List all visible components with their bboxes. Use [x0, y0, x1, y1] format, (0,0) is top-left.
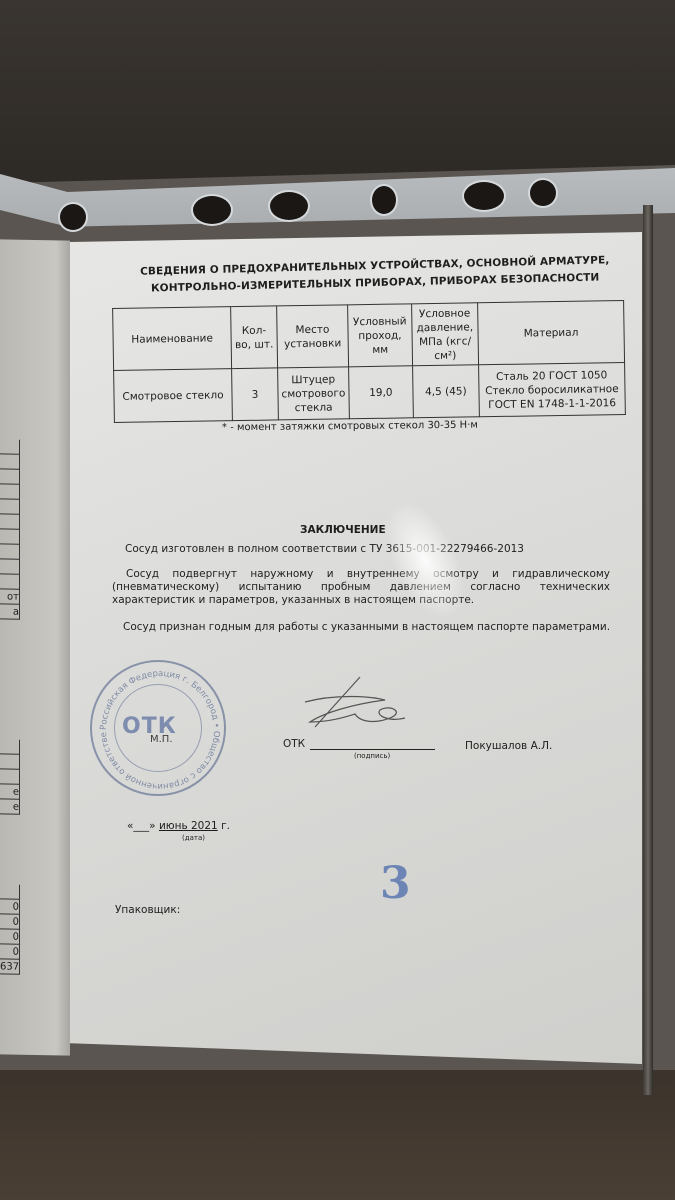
material-line: Сталь 20 ГОСТ 1050 — [482, 368, 621, 384]
date-line: «___» июнь 2021 г. — [127, 820, 230, 832]
material-line: Стекло боросиликатное — [482, 382, 621, 398]
table-row: Смотровое стекло 3 Штуцер смотрового сте… — [114, 362, 626, 422]
left-fragment-text: 0 — [0, 929, 19, 944]
left-fragment-text: 637 — [0, 959, 19, 974]
binder-hole — [530, 180, 556, 206]
conclusion-paragraph-1: Сосуд изготовлен в полном соответствии с… — [125, 543, 524, 556]
equipment-table: Наименование Кол-во, шт. Место установки… — [112, 300, 626, 423]
left-page-table-3: 0 0 0 0 637 — [0, 884, 20, 974]
binder-hole — [372, 186, 396, 214]
cell-diameter: 19,0 — [348, 366, 413, 419]
signature-line — [310, 749, 435, 750]
left-fragment-text: 0 — [0, 944, 19, 959]
header-location: Место установки — [277, 305, 349, 368]
binder-hole — [270, 192, 308, 220]
left-page-table-1: от а — [0, 439, 20, 619]
header-qty: Кол-во, шт. — [231, 306, 278, 369]
left-fragment-text: от — [0, 589, 19, 604]
date-suffix: г. — [221, 820, 230, 832]
left-page-table-2: е е — [0, 739, 20, 814]
signature-icon — [295, 672, 415, 732]
cell-location: Штуцер смотрового стекла — [278, 367, 350, 420]
binder-hole — [60, 204, 86, 230]
header-material: Материал — [477, 300, 624, 364]
page-number-stamp: 3 — [380, 858, 411, 909]
otk-label: ОТК — [283, 738, 305, 750]
header-pressure: Условное давление, МПа (кгс/см²) — [411, 303, 478, 366]
sleeve-edge — [643, 205, 653, 1095]
left-page-fragment: от а е е 0 0 0 0 637 — [0, 239, 70, 1055]
date-caption: (дата) — [182, 834, 205, 842]
binder-hole — [193, 196, 231, 224]
date-day: «___» — [127, 820, 156, 832]
cell-material: Сталь 20 ГОСТ 1050 Стекло боросиликатное… — [478, 362, 625, 416]
packer-label: Упаковщик: — [115, 904, 180, 916]
conclusion-paragraph-2: Сосуд подвергнут наружному и внутреннему… — [112, 568, 610, 607]
cell-pressure: 4,5 (45) — [412, 365, 479, 418]
company-stamp: Российская Федерация г. Белгород • Общес… — [90, 660, 226, 796]
header-diameter: Условный проход, мм — [347, 304, 412, 367]
left-fragment-text: 0 — [0, 914, 19, 929]
left-fragment-text: е — [0, 799, 19, 814]
left-fragment-text: е — [0, 784, 19, 799]
conclusion-heading: ЗАКЛЮЧЕНИЕ — [300, 524, 386, 536]
cell-name: Смотровое стекло — [114, 369, 233, 423]
header-name: Наименование — [113, 307, 232, 371]
signature-caption: (подпись) — [354, 752, 390, 760]
stamp-mp-label: М.П. — [150, 734, 173, 745]
binder-hole — [464, 182, 504, 210]
background-surface — [0, 1060, 675, 1200]
date-value: июнь 2021 — [159, 820, 218, 832]
cell-qty: 3 — [232, 368, 279, 421]
table-header-row: Наименование Кол-во, шт. Место установки… — [113, 300, 625, 370]
material-line: ГОСТ EN 1748-1-1-2016 — [482, 396, 621, 412]
signer-name: Покушалов А.Л. — [465, 740, 552, 752]
left-fragment-text: 0 — [0, 899, 19, 914]
left-fragment-text: а — [0, 604, 19, 619]
conclusion-paragraph-3: Сосуд признан годным для работы с указан… — [123, 621, 610, 634]
